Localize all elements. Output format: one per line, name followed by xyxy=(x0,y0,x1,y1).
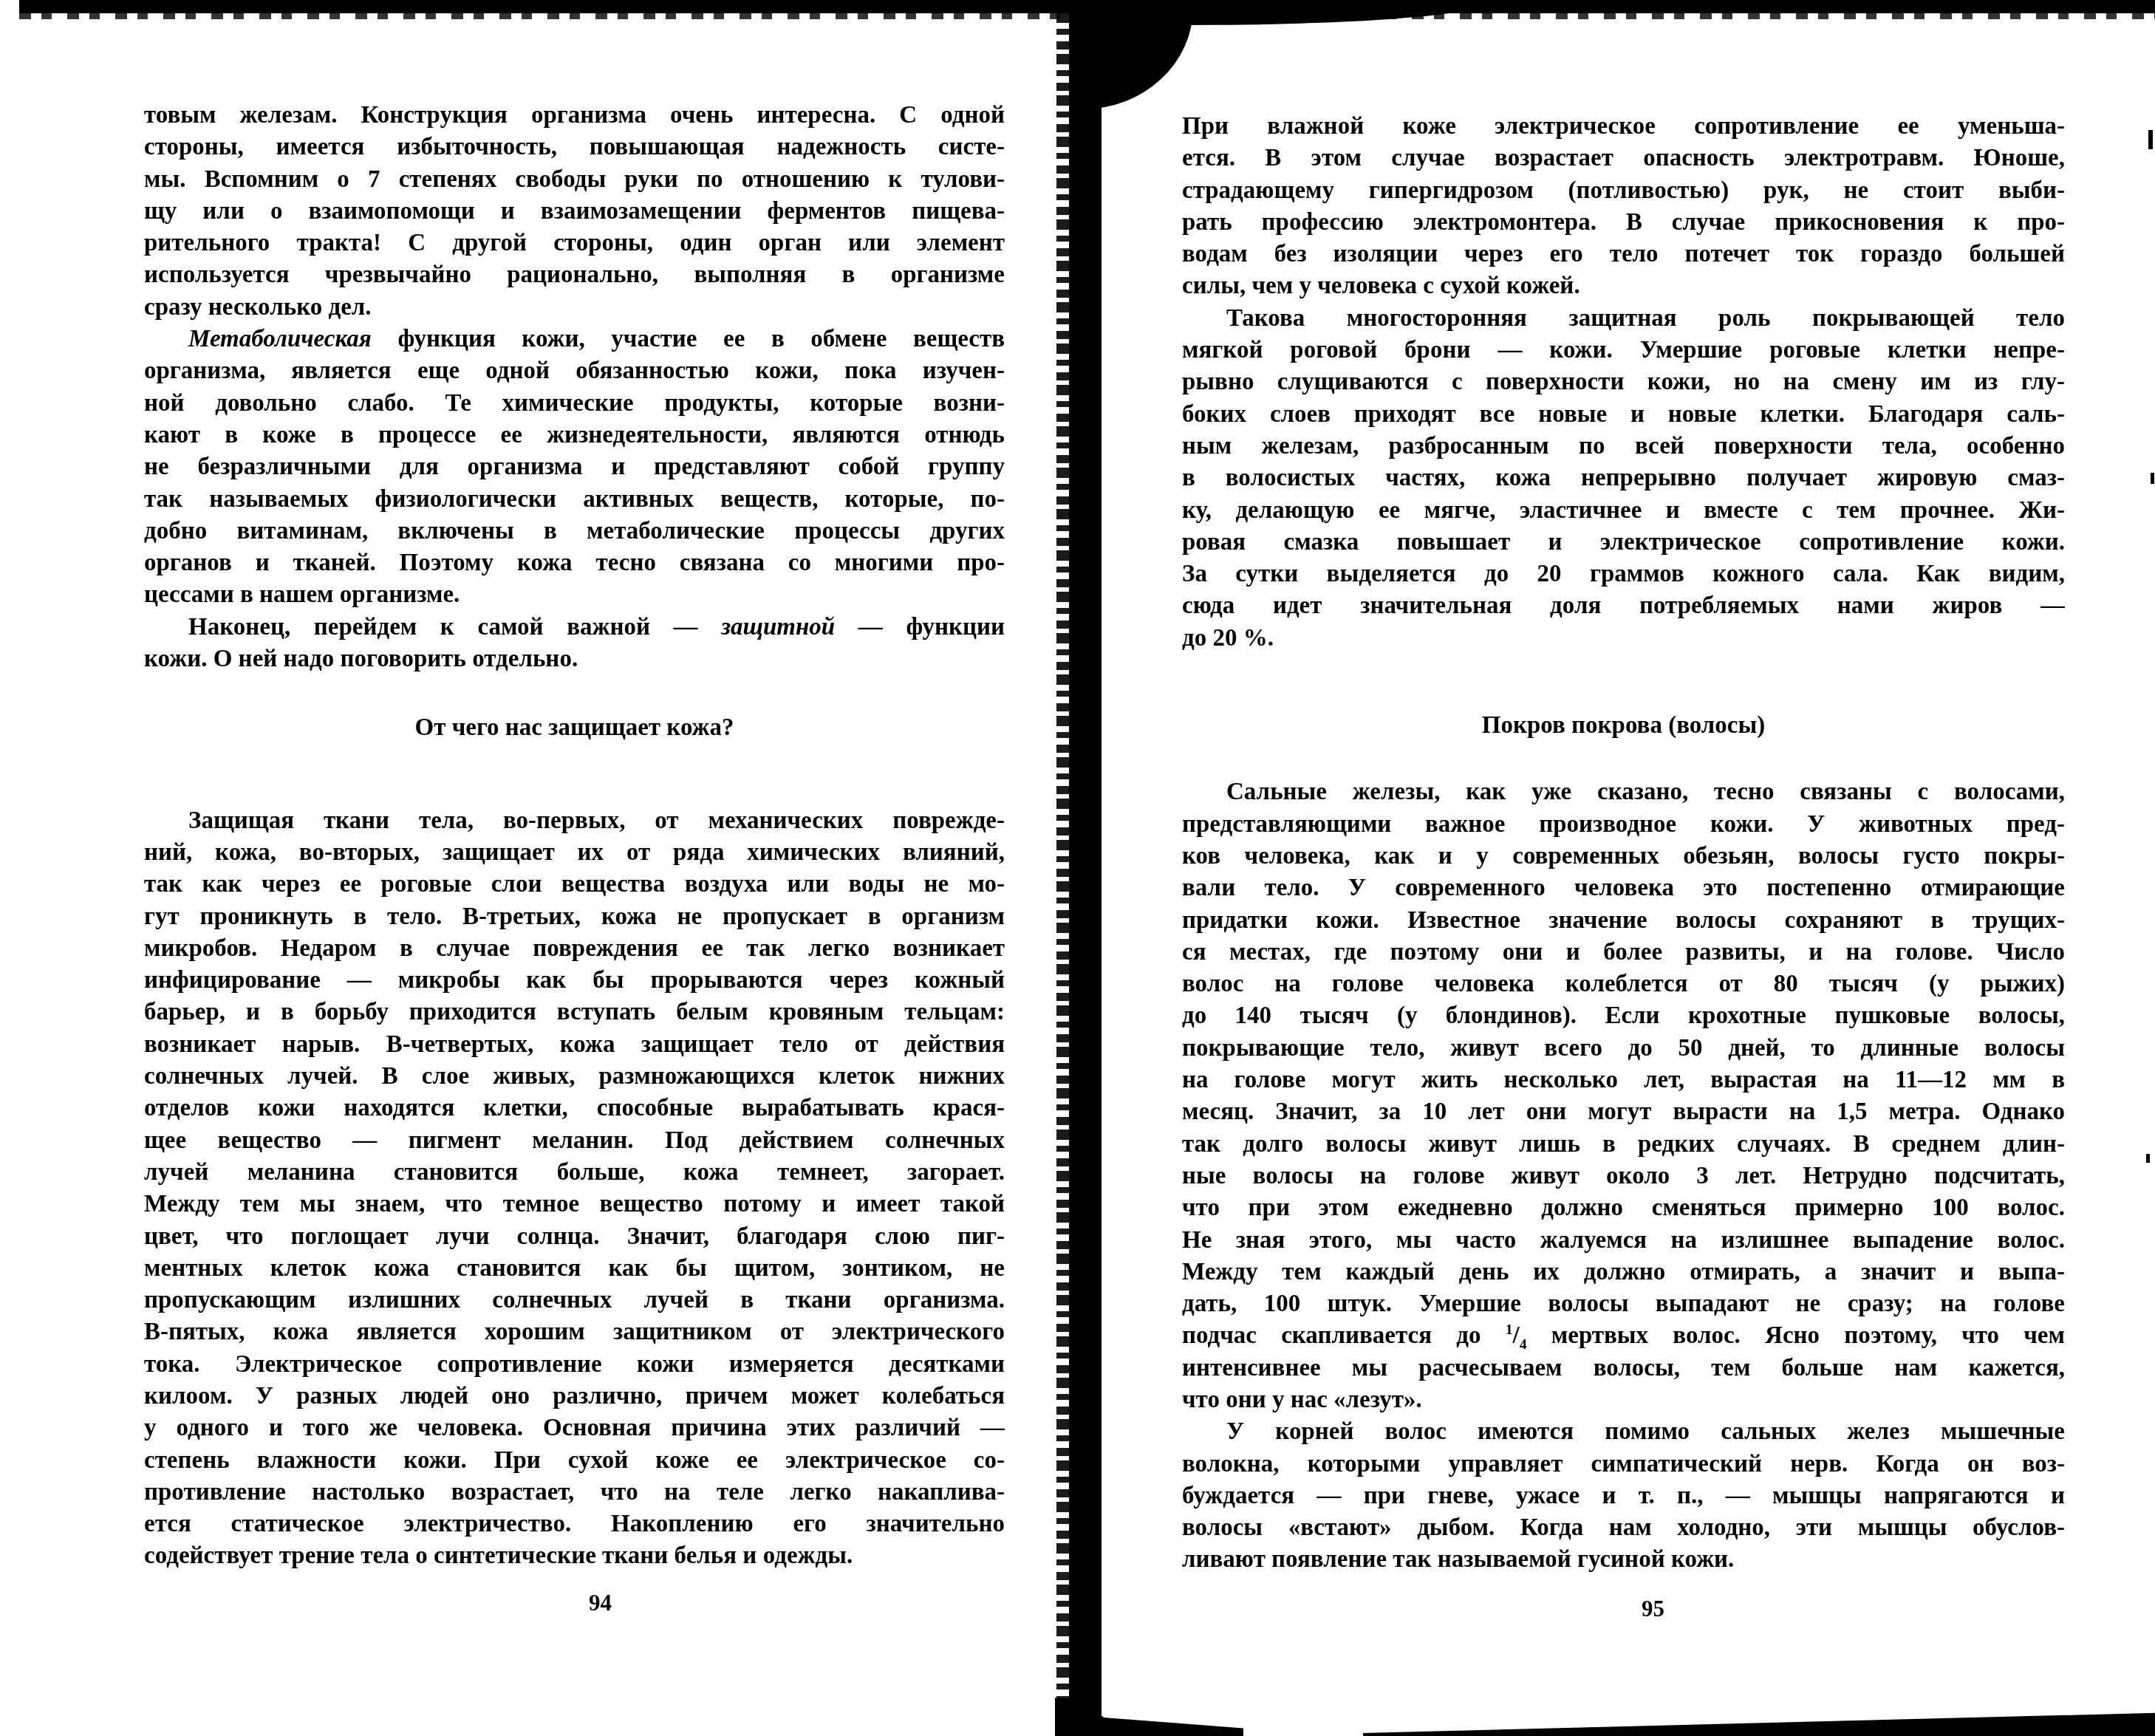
text-line: ровая смазка повышает и электрическое со… xyxy=(1182,527,2065,558)
paragraph: Такова многосторонняя защитная роль покр… xyxy=(1182,303,2065,655)
book-gutter-top-shadow xyxy=(1069,0,1193,109)
text-line: так долго волосы живут лишь в редких слу… xyxy=(1182,1129,2065,1161)
text-line: боких слоев приходят все новые и новые к… xyxy=(1182,399,2065,431)
text-line: организма, является еще одной обязанност… xyxy=(144,355,1005,387)
right-page-text: При влажной коже электрическое сопротивл… xyxy=(1182,111,2065,1576)
text-line: так как через ее роговые слои вещества в… xyxy=(144,869,1005,901)
text-line: на голове могут жить несколько лет, выра… xyxy=(1182,1065,2065,1096)
text-line: Метаболическая функция кожи, участие ее … xyxy=(144,324,1005,355)
text-line: кают в коже в процессе ее жизнедеятельно… xyxy=(144,420,1005,451)
text-line: ным железам, разбросанным по всей поверх… xyxy=(1182,431,2065,462)
paragraph: товым железам. Конструкция организма оче… xyxy=(144,100,1005,324)
text-line: добно витаминам, включены в метаболическ… xyxy=(144,516,1005,547)
text-line: тока. Электрическое сопротивление кожи и… xyxy=(144,1349,1005,1381)
text-line: лучей меланина становится больше, кожа т… xyxy=(144,1157,1005,1189)
text-line: рать профессию электромонтера. В случае … xyxy=(1182,207,2065,239)
text-line: щу или о взаимопомощи и взаимозамещении … xyxy=(144,196,1005,228)
scan-speck xyxy=(2146,1154,2150,1163)
text-line: до 140 тысяч (у блондинов). Если крохотн… xyxy=(1182,1000,2065,1032)
text-line: ся местах, где поэтому они и более разви… xyxy=(1182,937,2065,968)
text-line: пропускающим излишних солнечных лучей в … xyxy=(144,1285,1005,1316)
text-line: Защищая ткани тела, во-первых, от механи… xyxy=(144,805,1005,837)
text-line: водам без изоляции через его тело потече… xyxy=(1182,239,2065,270)
paragraph: Метаболическая функция кожи, участие ее … xyxy=(144,324,1005,612)
text-line: противление настолько возрастает, что на… xyxy=(144,1477,1005,1508)
text-line: отделов кожи находятся клетки, способные… xyxy=(144,1093,1005,1124)
text-line: мы. Вспомним о 7 степенях свободы руки п… xyxy=(144,164,1005,196)
book-gutter xyxy=(1069,0,1102,1736)
scan-speck xyxy=(2148,130,2153,149)
paragraph: Сальные железы, как уже сказано, тесно с… xyxy=(1182,776,2065,1416)
text-line: При влажной коже электрическое сопротивл… xyxy=(1182,111,2065,143)
text-line: подчас скапливается до 1/4 мертвых волос… xyxy=(1182,1320,2065,1352)
text-line: содействует трение тела о синтетические … xyxy=(144,1540,1005,1572)
text-line: ется. В этом случае возрастает опасность… xyxy=(1182,143,2065,174)
text-line: органов и тканей. Поэтому кожа тесно свя… xyxy=(144,547,1005,579)
text-line: рительного тракта! С другой стороны, оди… xyxy=(144,228,1005,259)
text-line: дать, 100 штук. Умершие волосы выпадают … xyxy=(1182,1288,2065,1320)
text-line: инфицирование — микробы как бы прорывают… xyxy=(144,965,1005,997)
text-line: до 20 %. xyxy=(1182,623,2065,655)
text-line: ку, делающую ее мягче, эластичнее и вмес… xyxy=(1182,495,2065,527)
text-line: в волосистых частях, кожа непрерывно пол… xyxy=(1182,462,2065,494)
text-line: Сальные железы, как уже сказано, тесно с… xyxy=(1182,776,2065,808)
text-line: используется чрезвычайно рационально, вы… xyxy=(144,259,1005,291)
text-line: мягкой роговой брони — кожи. Умершие рог… xyxy=(1182,335,2065,366)
scan-bottom-gutter-shadow xyxy=(1055,1698,1243,1736)
text-line: возникает нарыв. В-четвертых, кожа защищ… xyxy=(144,1029,1005,1061)
text-line: рывно слущиваются с поверхности кожи, но… xyxy=(1182,366,2065,398)
paragraph: Защищая ткани тела, во-первых, от механи… xyxy=(144,805,1005,1573)
text-line: что они у нас «лезут». xyxy=(1182,1384,2065,1416)
text-line: гут проникнуть в тело. В-третьих, кожа н… xyxy=(144,901,1005,933)
text-line: что при этом ежедневно должно сменяться … xyxy=(1182,1192,2065,1224)
text-line: ний, кожа, во-вторых, защищает их от ряд… xyxy=(144,837,1005,869)
text-line: ной довольно слабо. Те химические продук… xyxy=(144,388,1005,420)
text-line: волокна, которыми управляет симпатически… xyxy=(1182,1449,2065,1480)
text-line: стороны, имеется избыточность, повышающа… xyxy=(144,131,1005,163)
text-line: ные волосы на голове живут около 3 лет. … xyxy=(1182,1161,2065,1192)
text-line: не безразличными для организма и предста… xyxy=(144,451,1005,483)
text-line: У корней волос имеются помимо сальных же… xyxy=(1182,1416,2065,1448)
text-line: солнечных лучей. В слое живых, размножаю… xyxy=(144,1061,1005,1093)
text-line: Между тем каждый день их должно отмирать… xyxy=(1182,1257,2065,1288)
text-line: волос на голове человека колеблется от 8… xyxy=(1182,968,2065,1000)
text-line: цессами в нашем организме. xyxy=(144,579,1005,611)
text-line: В-пятых, кожа является хорошим защитнико… xyxy=(144,1316,1005,1348)
text-line: Не зная этого, мы часто жалуемся на изли… xyxy=(1182,1225,2065,1257)
text-line: кожи. О ней надо поговорить отдельно. xyxy=(144,643,1005,675)
paragraph: При влажной коже электрическое сопротивл… xyxy=(1182,111,2065,303)
text-line: щее вещество — пигмент меланин. Под дейс… xyxy=(144,1125,1005,1157)
text-line: сразу несколько дел. xyxy=(144,292,1005,324)
page-number-right: 95 xyxy=(1212,1596,2094,1622)
section-heading: От чего нас защищает кожа? xyxy=(144,712,1005,744)
text-line: волосы «встают» дыбом. Когда нам холодно… xyxy=(1182,1512,2065,1544)
text-line: у одного и того же человека. Основная пр… xyxy=(144,1412,1005,1444)
section-heading: Покров покрова (волосы) xyxy=(1182,710,2065,742)
text-line: ментных клеток кожа становится как бы щи… xyxy=(144,1253,1005,1285)
text-line: придатки кожи. Известное значение волосы… xyxy=(1182,905,2065,937)
text-line: так называемых физиологически активных в… xyxy=(144,484,1005,516)
text-line: страдающему гипергидрозом (потливостью) … xyxy=(1182,175,2065,207)
text-line: месяц. Значит, за 10 лет они могут вырас… xyxy=(1182,1096,2065,1128)
paragraph: Наконец, перейдем к самой важной — защит… xyxy=(144,612,1005,676)
text-line: вали тело. У современного человека это п… xyxy=(1182,872,2065,904)
text-line: силы, чем у человека с сухой кожей. xyxy=(1182,270,2065,302)
scan-speck xyxy=(2151,473,2154,484)
text-line: ков человека, как и у современных обезья… xyxy=(1182,841,2065,872)
text-line: представляющими важное производное кожи.… xyxy=(1182,809,2065,841)
text-line: микробов. Недаром в случае повреждения е… xyxy=(144,933,1005,965)
text-line: барьер, и в борьбу приходится вступать б… xyxy=(144,997,1005,1028)
text-line: степень влажности кожи. При сухой коже е… xyxy=(144,1445,1005,1477)
text-line: Между тем мы знаем, что темное вещество … xyxy=(144,1189,1005,1220)
text-line: товым железам. Конструкция организма оче… xyxy=(144,100,1005,131)
text-line: За сутки выделяется до 20 граммов кожног… xyxy=(1182,558,2065,590)
text-line: цвет, что поглощает лучи солнца. Значит,… xyxy=(144,1221,1005,1253)
paragraph: У корней волос имеются помимо сальных же… xyxy=(1182,1416,2065,1576)
page-number-left: 94 xyxy=(170,1590,1031,1616)
text-line: покрывающие тело, живут всего до 50 дней… xyxy=(1182,1033,2065,1065)
text-line: ливают появление так называемой гусиной … xyxy=(1182,1544,2065,1576)
text-line: ется статическое электричество. Накоплен… xyxy=(144,1508,1005,1540)
text-line: килоом. У разных людей оно различно, при… xyxy=(144,1381,1005,1412)
book-scan: товым железам. Конструкция организма оче… xyxy=(0,0,2155,1736)
text-line: сюда идет значительная доля потребляемых… xyxy=(1182,590,2065,622)
left-page-text: товым железам. Конструкция организма оче… xyxy=(144,100,1005,1573)
text-line: Наконец, перейдем к самой важной — защит… xyxy=(144,612,1005,643)
text-line: интенсивнее мы расчесываем волосы, тем б… xyxy=(1182,1353,2065,1384)
text-line: Такова многосторонняя защитная роль покр… xyxy=(1182,303,2065,335)
text-line: буждается — при гневе, ужасе и т. п., — … xyxy=(1182,1480,2065,1512)
scan-bottom-edge xyxy=(1363,1706,2155,1736)
